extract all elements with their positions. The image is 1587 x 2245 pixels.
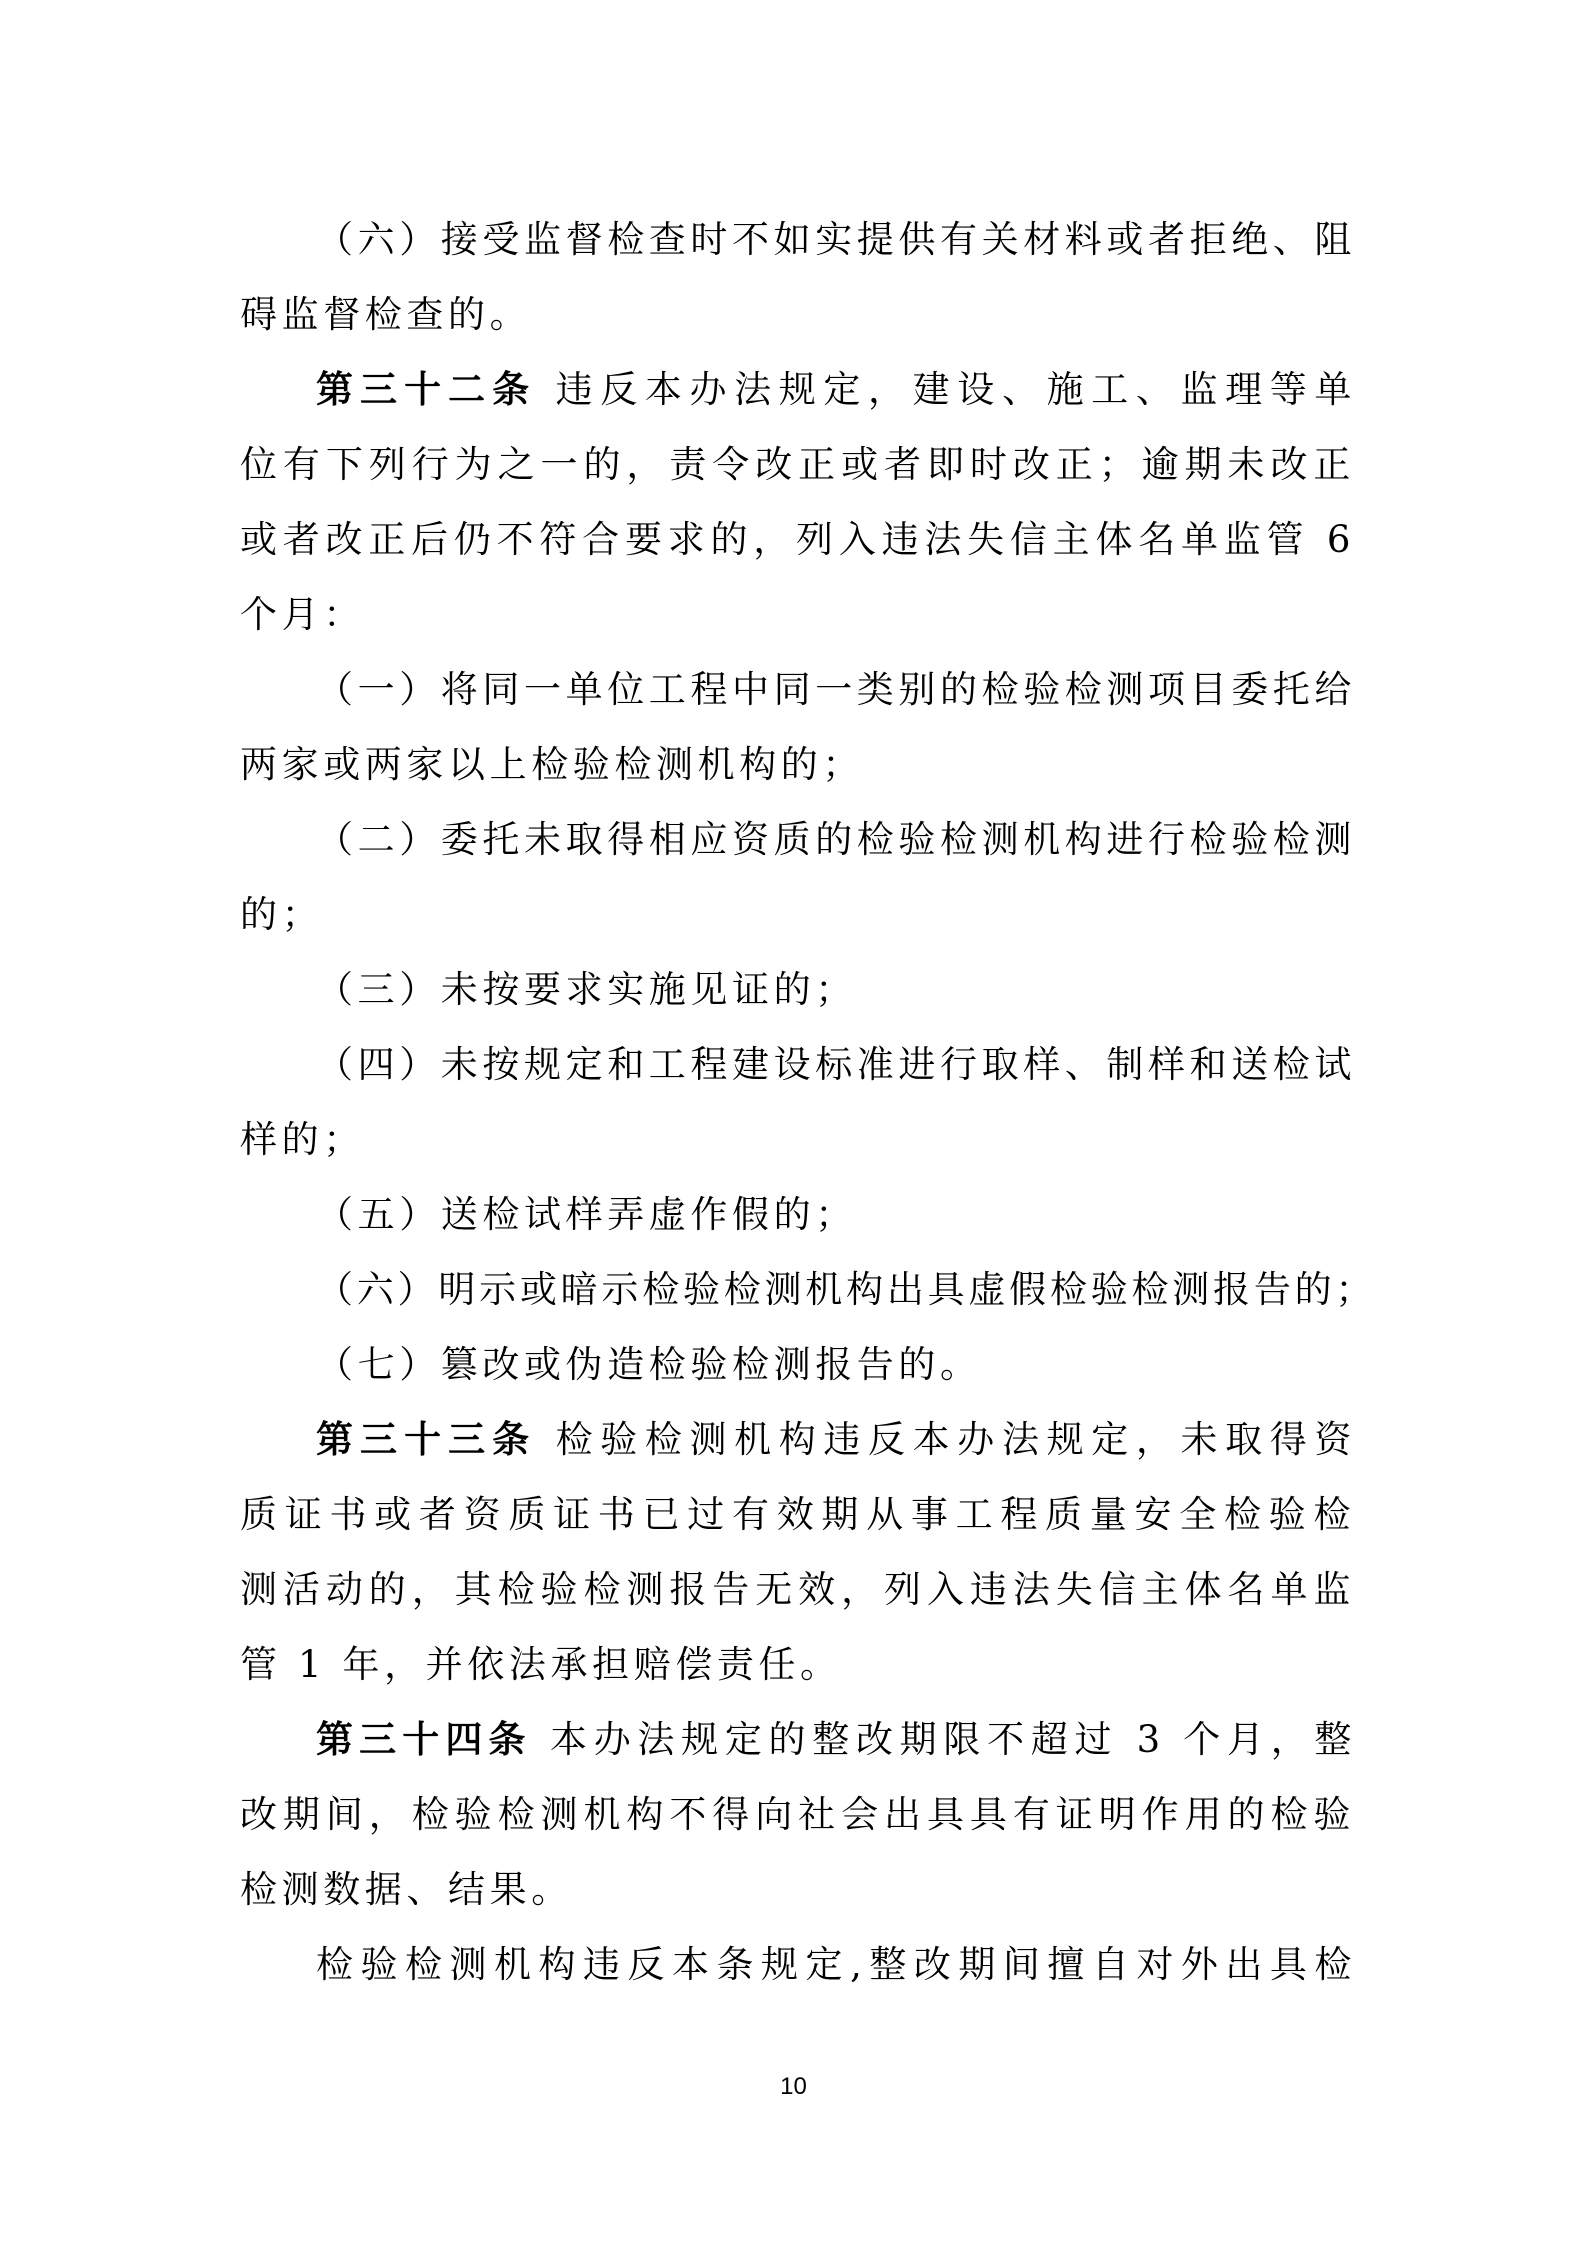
article-32-heading-line: 第三十二条 违反本办法规定，建设、施工、监理等单 [316, 365, 1356, 415]
article-number: 第三十三条 [316, 1418, 536, 1461]
text-line: 质证书或者资质证书已过有效期从事工程质量安全检验检 [240, 1490, 1355, 1540]
text-line: 改期间，检验检测机构不得向社会出具具有证明作用的检验 [240, 1790, 1355, 1840]
text-line: 碍监督检查的。 [240, 290, 1355, 340]
text-line: 检测数据、结果。 [240, 1865, 1355, 1915]
text-line: 两家或两家以上检验检测机构的； [240, 740, 1355, 790]
list-item-line: （五）送检试样弄虚作假的； [316, 1190, 1356, 1240]
line-text: 的； [240, 893, 323, 936]
line-text: 检验检测机构违反本条规定,整改期间擅自对外出具检 [316, 1943, 1356, 1986]
text-line: 个月： [240, 590, 1355, 640]
text-line: （六）接受监督检查时不如实提供有关材料或者拒绝、阻 [316, 215, 1356, 265]
text-line: 检验检测机构违反本条规定,整改期间擅自对外出具检 [316, 1940, 1356, 1990]
list-item-line: （四）未按规定和工程建设标准进行取样、制样和送检试 [316, 1040, 1356, 1090]
text-line: 测活动的，其检验检测报告无效，列入违法失信主体名单监 [240, 1565, 1355, 1615]
article-number: 第三十二条 [316, 368, 536, 411]
line-text: （五）送检试样弄虚作假的； [316, 1193, 857, 1236]
line-text: （六）接受监督检查时不如实提供有关材料或者拒绝、阻 [316, 218, 1356, 261]
line-text: 检测数据、结果。 [240, 1868, 573, 1911]
line-text: （四）未按规定和工程建设标准进行取样、制样和送检试 [316, 1043, 1356, 1086]
text-line: 的； [240, 890, 1355, 940]
line-text: 检验检测机构违反本办法规定，未取得资 [536, 1418, 1356, 1461]
article-33-heading-line: 第三十三条 检验检测机构违反本办法规定，未取得资 [316, 1415, 1356, 1465]
text-line: 或者改正后仍不符合要求的，列入违法失信主体名单监管 6 [240, 515, 1355, 565]
text-line: 管 1 年，并依法承担赔偿责任。 [240, 1640, 1355, 1690]
line-text: 违反本办法规定，建设、施工、监理等单 [536, 368, 1356, 411]
list-item-line: （三）未按要求实施见证的； [316, 965, 1356, 1015]
line-text: （二）委托未取得相应资质的检验检测机构进行检验检测 [316, 818, 1356, 861]
list-item-line: （七）篡改或伪造检验检测报告的。 [316, 1340, 1356, 1390]
line-text: 样的； [240, 1118, 365, 1161]
line-text: 位有下列行为之一的，责令改正或者即时改正；逾期未改正 [240, 443, 1355, 486]
line-text: 或者改正后仍不符合要求的，列入违法失信主体名单监管 6 [240, 518, 1355, 561]
line-text: 个月： [240, 593, 365, 636]
document-page: （六）接受监督检查时不如实提供有关材料或者拒绝、阻 碍监督检查的。 第三十二条 … [0, 0, 1587, 2245]
line-text: （三）未按要求实施见证的； [316, 968, 857, 1011]
line-text: 质证书或者资质证书已过有效期从事工程质量安全检验检 [240, 1493, 1355, 1536]
list-item-line: （六）明示或暗示检验检测机构出具虚假检验检测报告的； [316, 1265, 1376, 1315]
line-text: 两家或两家以上检验检测机构的； [240, 743, 864, 786]
line-text: （七）篡改或伪造检验检测报告的。 [316, 1343, 982, 1386]
list-item-line: （二）委托未取得相应资质的检验检测机构进行检验检测 [316, 815, 1356, 865]
line-text: 碍监督检查的。 [240, 293, 531, 336]
list-item-line: （一）将同一单位工程中同一类别的检验检测项目委托给 [316, 665, 1356, 715]
line-text: 测活动的，其检验检测报告无效，列入违法失信主体名单监 [240, 1568, 1355, 1611]
line-text: 改期间，检验检测机构不得向社会出具具有证明作用的检验 [240, 1793, 1355, 1836]
text-line: 位有下列行为之一的，责令改正或者即时改正；逾期未改正 [240, 440, 1355, 490]
page-number: 10 [0, 2073, 1587, 2101]
line-text: （六）明示或暗示检验检测机构出具虚假检验检测报告的； [316, 1268, 1376, 1311]
line-text: 管 1 年，并依法承担赔偿责任。 [240, 1643, 842, 1686]
text-line: 样的； [240, 1115, 1355, 1165]
line-text: 本办法规定的整改期限不超过 3 个月，整 [532, 1718, 1356, 1761]
article-number: 第三十四条 [316, 1718, 532, 1761]
article-34-heading-line: 第三十四条 本办法规定的整改期限不超过 3 个月，整 [316, 1715, 1356, 1765]
line-text: （一）将同一单位工程中同一类别的检验检测项目委托给 [316, 668, 1356, 711]
